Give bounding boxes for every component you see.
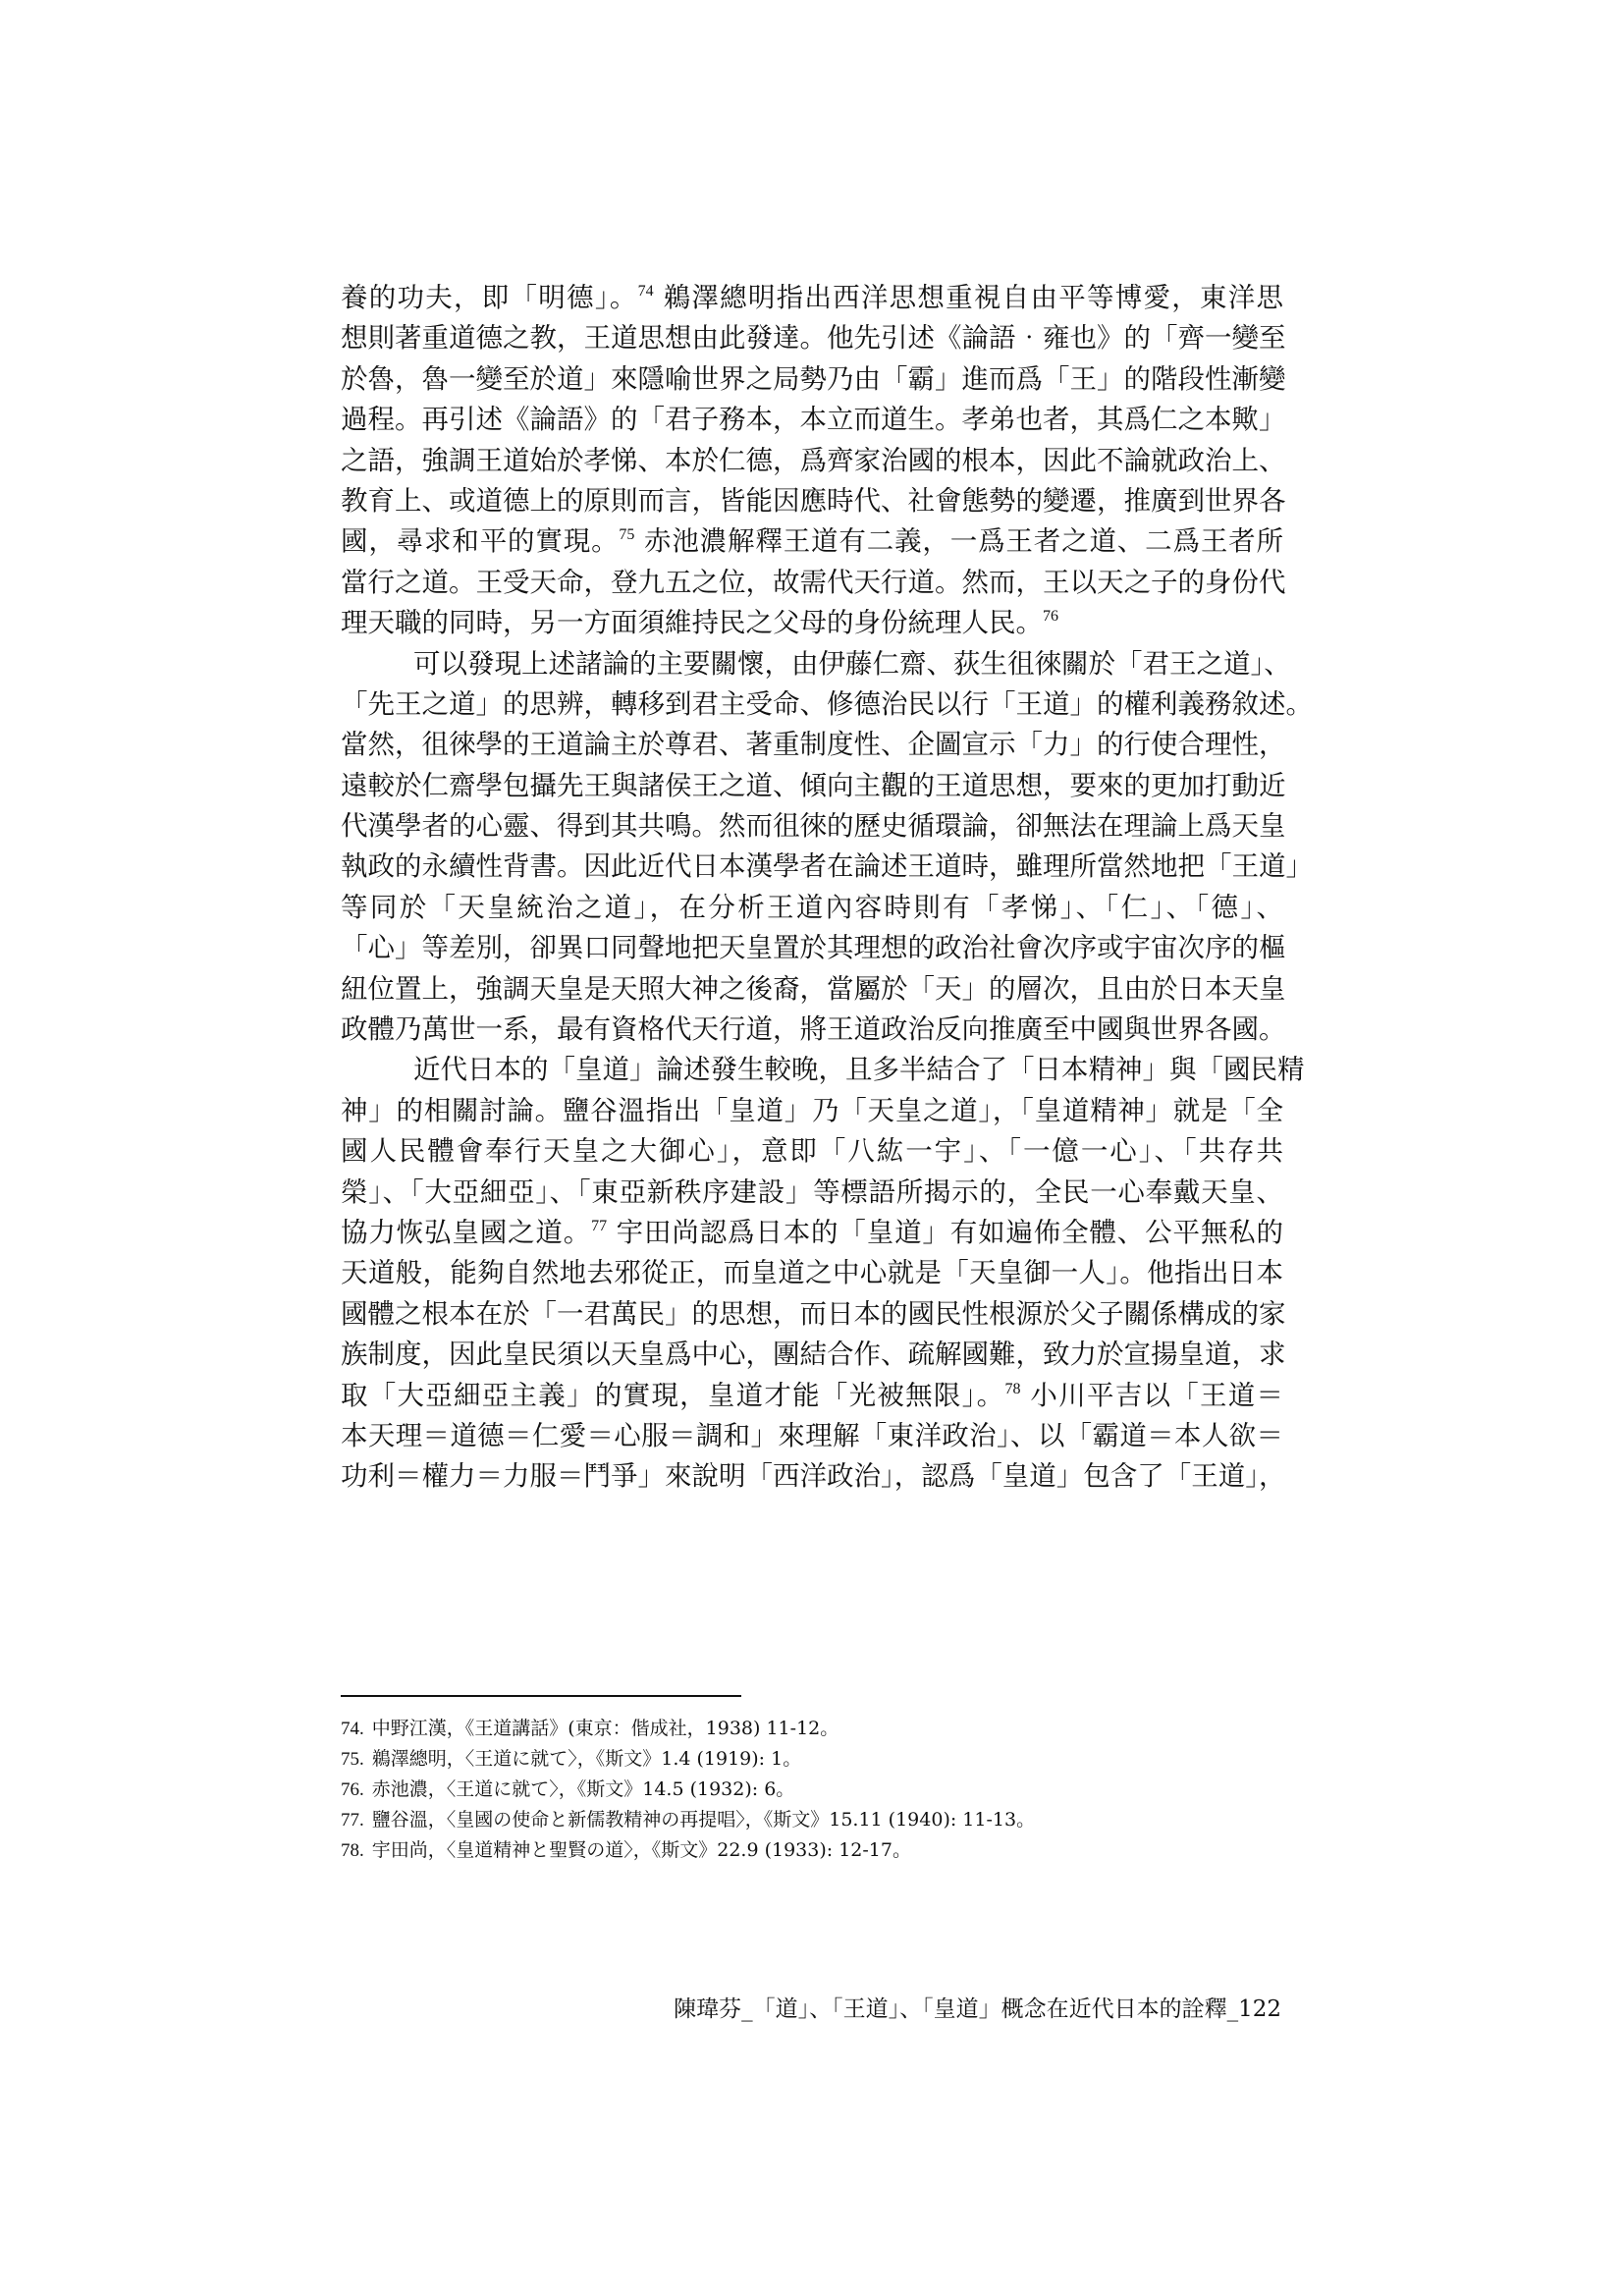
text-line: 於魯，魯一變至於道」來隱喻世界之局勢乃由「霸」進而爲「王」的階段性漸變	[341, 359, 1283, 400]
text-line: 國，尋求和平的實現。75 赤池濃解釋王道有二義，一爲王者之道、二爲王者所	[341, 521, 1283, 562]
text-line: 天道般，能夠自然地去邪從正，而皇道之中心就是「天皇御一人」。他指出日本	[341, 1253, 1283, 1293]
text-line: 紐位置上，強調天皇是天照大神之後裔，當屬於「天」的層次，且由於日本天皇	[341, 969, 1283, 1010]
paragraph-1: 養的功夫，即「明德」。74 鵜澤總明指出西洋思想重視自由平等博愛，東洋思 想則著…	[341, 278, 1283, 644]
paragraph-2: 可以發現上述諸論的主要關懷，由伊藤仁齋、荻生徂徠關於「君王之道」、 「先王之道」…	[341, 644, 1283, 1051]
footnote-76: 76.赤池濃，〈王道に就て〉，《斯文》14.5 (1932): 6。	[341, 1775, 1283, 1805]
text-line: 取「大亞細亞主義」的實現，皇道才能「光被無限」。78 小川平吉以「王道＝	[341, 1376, 1283, 1416]
text-line: 代漢學者的心靈、得到其共鳴。然而徂徠的歷史循環論，卻無法在理論上爲天皇	[341, 806, 1283, 847]
text-line: 族制度，因此皇民須以天皇爲中心，團結合作、疏解國難，致力於宣揚皇道，求	[341, 1335, 1283, 1375]
text-line: 國體之根本在於「一君萬民」的思想，而日本的國民性根源於父子關係構成的家	[341, 1294, 1283, 1335]
footnote-ref-75[interactable]: 75	[619, 526, 634, 543]
footnote-separator	[341, 1695, 741, 1697]
document-page: 養的功夫，即「明德」。74 鵜澤總明指出西洋思想重視自由平等博愛，東洋思 想則著…	[0, 0, 1623, 2296]
footnote-75: 75.鵜澤總明，〈王道に就て〉，《斯文》1.4 (1919): 1。	[341, 1744, 1283, 1775]
text-line: 「先王之道」的思辨，轉移到君主受命、修德治民以行「王道」的權利義務敘述。	[341, 684, 1283, 725]
footnote-77: 77.鹽谷溫，〈皇國の使命と新儒教精神の再提唱〉，《斯文》15.11 (1940…	[341, 1805, 1283, 1835]
text-line: 當然，徂徠學的王道論主於尊君、著重制度性、企圖宣示「力」的行使合理性，	[341, 725, 1283, 765]
text-line: 政體乃萬世一系，最有資格代天行道，將王道政治反向推廣至中國與世界各國。	[341, 1010, 1283, 1050]
text-line: 神」的相關討論。鹽谷溫指出「皇道」乃「天皇之道」，「皇道精神」就是「全	[341, 1091, 1283, 1131]
text-line: 國人民體會奉行天皇之大御心」，意即「八紘一宇」、「一億一心」、「共存共	[341, 1131, 1283, 1172]
footnote-ref-76[interactable]: 76	[1043, 608, 1058, 625]
text-line: 可以發現上述諸論的主要關懷，由伊藤仁齋、荻生徂徠關於「君王之道」、	[341, 644, 1283, 684]
text-line: 之語，強調王道始於孝悌、本於仁德，爲齊家治國的根本，因此不論就政治上、	[341, 441, 1283, 481]
running-footer: 陳瑋芬_「道」、「王道」、「皇道」概念在近代日本的詮釋_122	[674, 1994, 1281, 2025]
text-line: 想則著重道德之教，王道思想由此發達。他先引述《論語‧雍也》的「齊一變至	[341, 318, 1283, 358]
text-line: 功利＝權力＝力服＝鬥爭」來說明「西洋政治」，認爲「皇道」包含了「王道」，	[341, 1456, 1283, 1497]
footnote-ref-74[interactable]: 74	[638, 283, 654, 300]
text-line: 當行之道。王受天命，登九五之位，故需代天行道。然而，王以天之子的身份代	[341, 563, 1283, 603]
body-text: 養的功夫，即「明德」。74 鵜澤總明指出西洋思想重視自由平等博愛，東洋思 想則著…	[341, 278, 1283, 1498]
text-line: 「心」等差別，卻異口同聲地把天皇置於其理想的政治社會次序或宇宙次序的樞	[341, 928, 1283, 968]
text-line: 協力恢弘皇國之道。77 宇田尚認爲日本的「皇道」有如遍佈全體、公平無私的	[341, 1213, 1283, 1253]
text-line: 本天理＝道德＝仁愛＝心服＝調和」來理解「東洋政治」、以「霸道＝本人欲＝	[341, 1416, 1283, 1456]
text-line: 近代日本的「皇道」論述發生較晚，且多半結合了「日本精神」與「國民精	[341, 1050, 1283, 1090]
footnote-78: 78.宇田尚，〈皇道精神と聖賢の道〉，《斯文》22.9 (1933): 12-1…	[341, 1835, 1283, 1866]
text-line: 養的功夫，即「明德」。74 鵜澤總明指出西洋思想重視自由平等博愛，東洋思	[341, 278, 1283, 318]
text-line: 遠較於仁齋學包攝先王與諸侯王之道、傾向主觀的王道思想，要來的更加打動近	[341, 766, 1283, 806]
footnotes: 74.中野江漢，《王道講話》(東京：偕成社，1938) 11-12。 75.鵜澤…	[341, 1714, 1283, 1866]
text-line: 過程。再引述《論語》的「君子務本，本立而道生。孝弟也者，其爲仁之本歟」	[341, 400, 1283, 440]
footnote-ref-78[interactable]: 78	[1004, 1381, 1020, 1397]
text-line: 等同於「天皇統治之道」，在分析王道內容時則有「孝悌」、「仁」、「德」、	[341, 888, 1283, 928]
text-line: 執政的永續性背書。因此近代日本漢學者在論述王道時，雖理所當然地把「王道」	[341, 847, 1283, 887]
paragraph-3: 近代日本的「皇道」論述發生較晚，且多半結合了「日本精神」與「國民精 神」的相關討…	[341, 1050, 1283, 1497]
footnote-74: 74.中野江漢，《王道講話》(東京：偕成社，1938) 11-12。	[341, 1714, 1283, 1744]
text-line: 理天職的同時，另一方面須維持民之父母的身份統理人民。76	[341, 603, 1283, 643]
text-line: 榮」、「大亞細亞」、「東亞新秩序建設」等標語所揭示的，全民一心奉戴天皇、	[341, 1173, 1283, 1213]
text-line: 教育上、或道德上的原則而言，皆能因應時代、社會態勢的變遷，推廣到世界各	[341, 481, 1283, 521]
footnote-ref-77[interactable]: 77	[591, 1218, 607, 1234]
